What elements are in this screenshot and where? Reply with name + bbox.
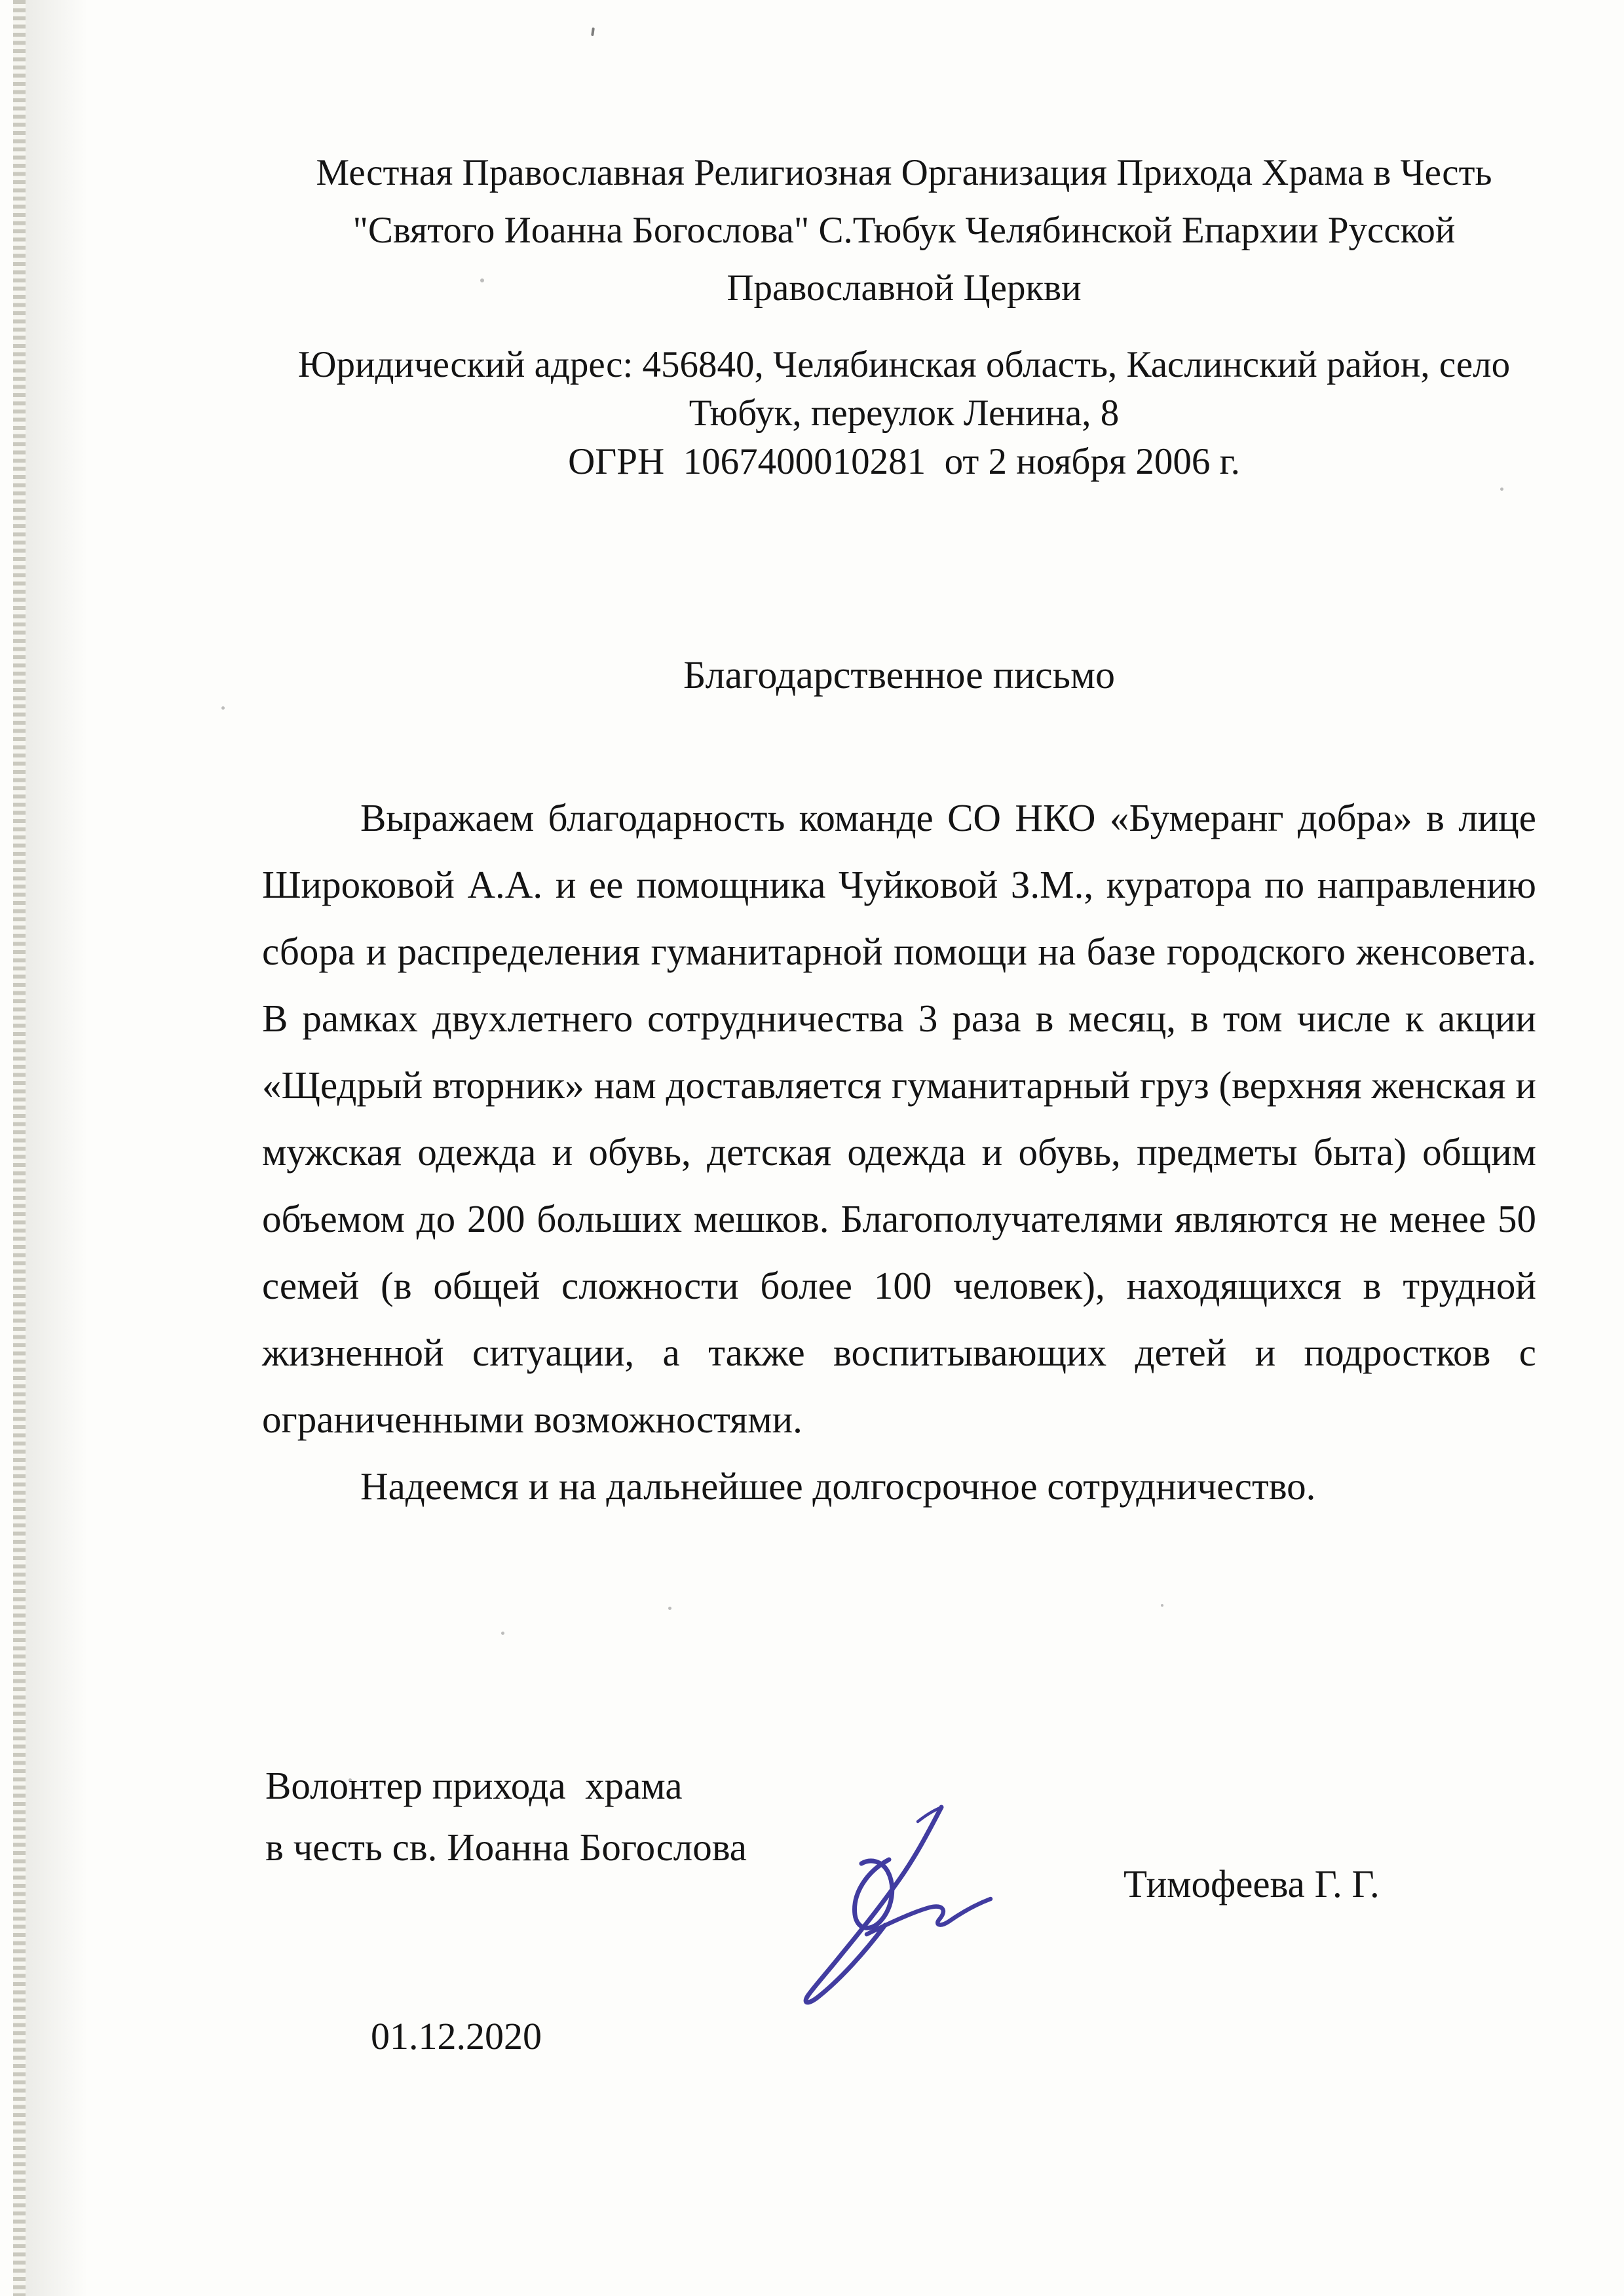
organization-name-line3: Православной Церкви (223, 259, 1585, 317)
organization-header: Местная Православная Религиозная Организ… (223, 144, 1585, 317)
body-line: Выражаем благодарность команде СО НКО «Б… (262, 784, 1536, 851)
scan-speck (1161, 1604, 1163, 1607)
scan-speck (221, 706, 225, 710)
scanned-letter-page: Местная Православная Религиозная Организ… (0, 0, 1624, 2296)
body-line: В рамках двухлетнего сотрудничества 3 ра… (262, 985, 1536, 1052)
body-line: объемом до 200 больших мешков. Благополу… (262, 1185, 1536, 1252)
letter-body: Выражаем благодарность команде СО НКО «Б… (262, 784, 1536, 1520)
body-line: Широковой А.А. и ее помощника Чуйковой З… (262, 851, 1536, 918)
signer-name: Тимофеева Г. Г. (1124, 1861, 1517, 1907)
body-line: сбора и распределения гуманитарной помощ… (262, 918, 1536, 985)
scan-speck (349, 1778, 352, 1782)
body-line: ограниченными возможностями. (262, 1386, 1536, 1453)
scan-speck (1012, 951, 1015, 955)
scan-speck (591, 28, 595, 36)
handwritten-signature (789, 1795, 1006, 2012)
legal-address-line2: Тюбук, переулок Ленина, 8 (223, 389, 1585, 438)
scan-speck (1500, 488, 1503, 491)
scan-speck (501, 1632, 504, 1635)
body-line: мужская одежда и обувь, детская одежда и… (262, 1119, 1536, 1185)
body-line: семей (в общей сложности более 100 челов… (262, 1252, 1536, 1319)
organization-name-line2: "Святого Иоанна Богослова" С.Тюбук Челяб… (223, 202, 1585, 259)
page-edge-shadow (26, 0, 88, 2296)
body-line: «Щедрый вторник» нам доставляется гумани… (262, 1052, 1536, 1119)
document-date: 01.12.2020 (371, 2014, 698, 2059)
scan-speck (480, 278, 484, 282)
body-line: жизненной ситуации, а также воспитывающи… (262, 1319, 1536, 1386)
legal-address-block: Юридический адрес: 456840, Челябинская о… (223, 341, 1585, 486)
legal-address-line1: Юридический адрес: 456840, Челябинская о… (223, 341, 1585, 389)
ogrn-line: ОГРН 1067400010281 от 2 ноября 2006 г. (223, 438, 1585, 486)
document-title: Благодарственное письмо (262, 652, 1536, 698)
body-line: Надеемся и на дальнейшее долгосрочное со… (262, 1453, 1536, 1520)
scan-speck (668, 1607, 671, 1610)
binding-edge-texture (13, 0, 26, 2296)
organization-name-line1: Местная Православная Религиозная Организ… (223, 144, 1585, 202)
